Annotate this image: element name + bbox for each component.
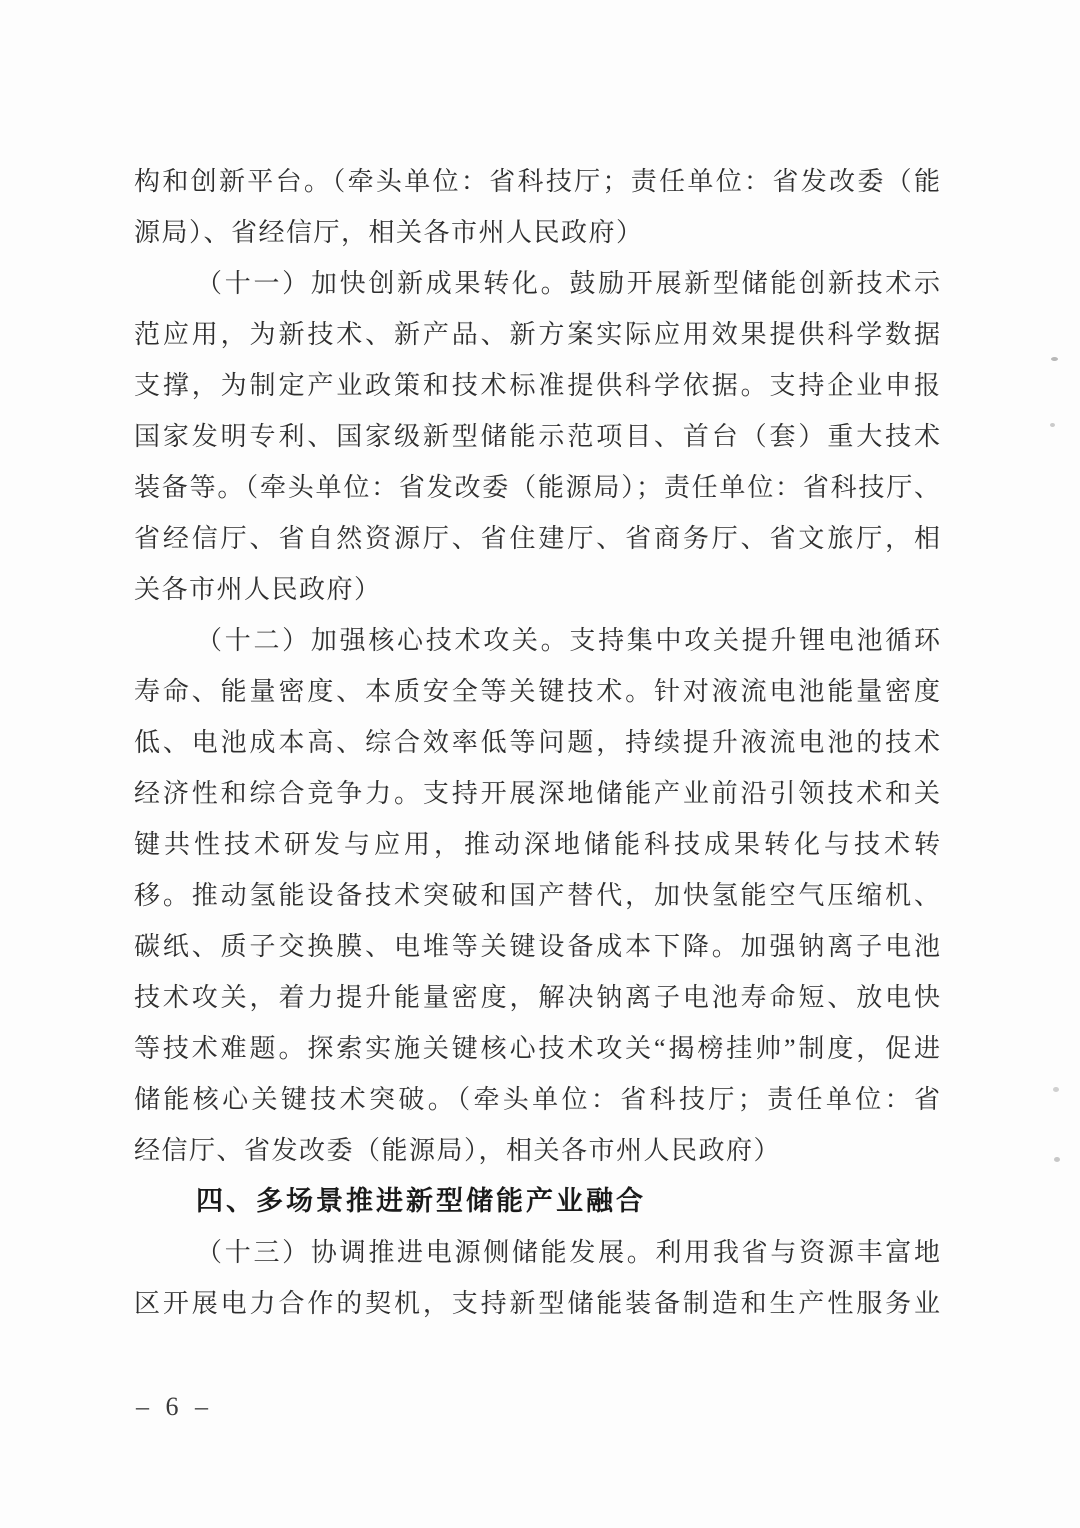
document-page: 构和创新平台。（牵头单位：省科技厅；责任单位：省发改委（能 源局）、省经信厅，相… [0,0,1080,1528]
body-line: 低、电池成本高、综合效率低等问题，持续提升液流电池的技术 [134,717,940,768]
body-line: 等技术难题。探索实施关键核心技术攻关“揭榜挂帅”制度，促进 [134,1023,940,1074]
body-line: 装备等。（牵头单位：省发改委（能源局）；责任单位：省科技厅、 [134,462,940,513]
body-line: （十二）加强核心技术攻关。支持集中攻关提升锂电池循环 [134,615,940,666]
body-text-block: 构和创新平台。（牵头单位：省科技厅；责任单位：省发改委（能 源局）、省经信厅，相… [134,156,940,1329]
body-line: 经济性和综合竞争力。支持开展深地储能产业前沿引领技术和关 [134,768,940,819]
body-line: 构和创新平台。（牵头单位：省科技厅；责任单位：省发改委（能 [134,156,940,207]
body-line: 储能核心关键技术突破。（牵头单位：省科技厅；责任单位：省 [134,1074,940,1125]
body-line: 移。推动氢能设备技术突破和国产替代，加快氢能空气压缩机、 [134,870,940,921]
scan-speck [1051,357,1058,361]
page-number: – 6 – [136,1392,213,1422]
body-line: （十三）协调推进电源侧储能发展。利用我省与资源丰富地 [134,1227,940,1278]
body-line: 源局）、省经信厅，相关各市州人民政府） [134,207,940,258]
scan-speck [1054,1157,1060,1162]
body-line: 国家发明专利、国家级新型储能示范项目、首台（套）重大技术 [134,411,940,462]
body-line: 关各市州人民政府） [134,564,940,615]
body-line: 支撑，为制定产业政策和技术标准提供科学依据。支持企业申报 [134,360,940,411]
body-line: 寿命、能量密度、本质安全等关键技术。针对液流电池能量密度 [134,666,940,717]
body-line: 省经信厅、省自然资源厅、省住建厅、省商务厅、省文旅厅，相 [134,513,940,564]
section-heading: 四、多场景推进新型储能产业融合 [134,1176,940,1227]
body-line: 区开展电力合作的契机，支持新型储能装备制造和生产性服务业 [134,1278,940,1329]
body-line: 碳纸、质子交换膜、电堆等关键设备成本下降。加强钠离子电池 [134,921,940,972]
body-line: （十一）加快创新成果转化。鼓励开展新型储能创新技术示 [134,258,940,309]
body-line: 经信厅、省发改委（能源局），相关各市州人民政府） [134,1125,940,1176]
body-line: 技术攻关，着力提升能量密度，解决钠离子电池寿命短、放电快 [134,972,940,1023]
body-line: 范应用，为新技术、新产品、新方案实际应用效果提供科学数据 [134,309,940,360]
body-line: 键共性技术研发与应用，推动深地储能科技成果转化与技术转 [134,819,940,870]
scan-speck [1050,423,1055,427]
scan-speck [1053,1087,1059,1092]
